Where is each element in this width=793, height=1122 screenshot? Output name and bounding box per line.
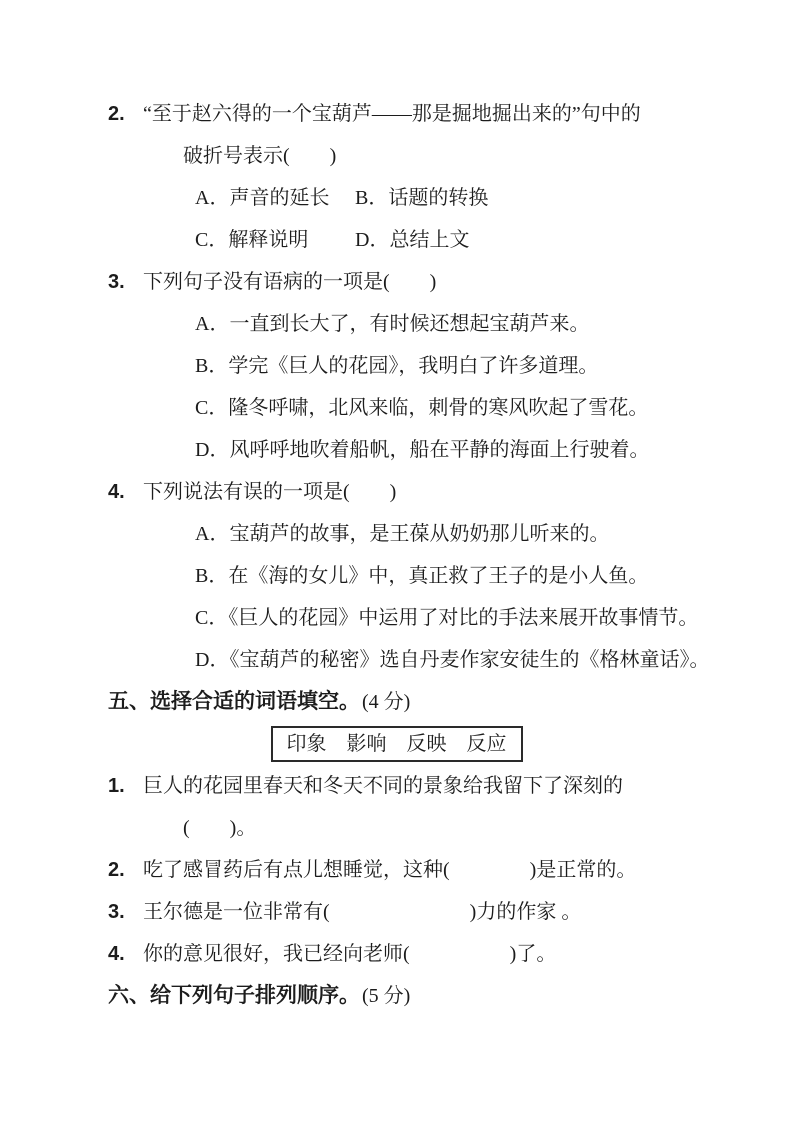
question-2-stem-line-2: 破折号表示( ) (108, 135, 748, 177)
question-4-stem: 4.下列说法有误的一项是( ) (108, 471, 748, 513)
question-4-option-c: C．《巨人的花园》中运用了对比的手法来展开故事情节。 (108, 597, 748, 639)
section-5-item-2-number: 2. (108, 849, 143, 891)
section-5-item-3-number: 3. (108, 891, 143, 933)
section-5-heading-score: (4 分) (362, 691, 410, 713)
question-3-option-a: A．一直到长大了，有时候还想起宝葫芦来。 (108, 303, 748, 345)
section-5-heading: 五、选择合适的词语填空。(4 分) (108, 681, 748, 723)
question-4-stem-text: 下列说法有误的一项是( ) (143, 481, 396, 503)
section-5-item-4-text: 你的意见很好，我已经向老师( )了。 (143, 943, 556, 965)
section-5-heading-title: 选择合适的词语填空。 (150, 690, 360, 713)
question-4-option-d: D．《宝葫芦的秘密》选自丹麦作家安徒生的《格林童话》。 (108, 639, 748, 681)
question-3-stem: 3.下列句子没有语病的一项是( ) (108, 261, 748, 303)
question-2-stem-line-1: 2.“至于赵六得的一个宝葫芦——那是掘地掘出来的”句中的 (108, 93, 748, 135)
question-3-option-d: D．风呼呼地吹着船帆，船在平静的海面上行驶着。 (108, 429, 748, 471)
exam-content: 2.“至于赵六得的一个宝葫芦——那是掘地掘出来的”句中的 破折号表示( ) A．… (108, 93, 748, 1017)
section-6-heading-score: (5 分) (362, 985, 410, 1007)
word-bank-word-4: 反应 (467, 728, 507, 760)
word-bank-row: 印象影响反映反应 (0, 723, 793, 765)
question-3-option-c: C．隆冬呼啸，北风来临，刺骨的寒风吹起了雪花。 (108, 387, 748, 429)
section-5-item-1-number: 1. (108, 765, 143, 807)
section-6-heading-title: 给下列句子排列顺序。 (150, 984, 360, 1007)
word-bank-word-2: 影响 (347, 728, 387, 760)
question-2-option-b: B．话题的转换 (355, 187, 488, 209)
section-5-heading-number: 五、 (108, 690, 150, 713)
question-2-number: 2. (108, 93, 143, 135)
section-5-item-1-line-2: ( )。 (108, 807, 748, 849)
question-4-option-a: A．宝葫芦的故事，是王葆从奶奶那儿听来的。 (108, 513, 748, 555)
question-2-options-row-1: A．声音的延长B．话题的转换 (108, 177, 748, 219)
section-5-item-1-line-1: 1.巨人的花园里春天和冬天不同的景象给我留下了深刻的 (108, 765, 748, 807)
question-4-option-b: B．在《海的女儿》中，真正救了王子的是小人鱼。 (108, 555, 748, 597)
question-2-options-row-2: C．解释说明D．总结上文 (108, 219, 748, 261)
question-4-number: 4. (108, 471, 143, 513)
question-3-stem-text: 下列句子没有语病的一项是( ) (143, 271, 436, 293)
word-bank-word-1: 印象 (287, 728, 327, 760)
section-5-item-1-text: 巨人的花园里春天和冬天不同的景象给我留下了深刻的 (143, 775, 623, 797)
question-2-option-a: A．声音的延长 (195, 177, 355, 219)
question-2-option-d: D．总结上文 (355, 229, 469, 251)
question-3-number: 3. (108, 261, 143, 303)
question-2-stem-text: “至于赵六得的一个宝葫芦——那是掘地掘出来的”句中的 (143, 103, 641, 125)
question-2-option-c: C．解释说明 (195, 219, 355, 261)
section-6-heading: 六、给下列句子排列顺序。(5 分) (108, 975, 748, 1017)
section-5-item-4-number: 4. (108, 933, 143, 975)
section-5-item-4: 4.你的意见很好，我已经向老师( )了。 (108, 933, 748, 975)
section-5-item-2: 2.吃了感冒药后有点儿想睡觉，这种( )是正常的。 (108, 849, 748, 891)
section-5-item-3: 3.王尔德是一位非常有( )力的作家 。 (108, 891, 748, 933)
section-5-item-2-text: 吃了感冒药后有点儿想睡觉，这种( )是正常的。 (143, 859, 636, 881)
question-3-option-b: B．学完《巨人的花园》，我明白了许多道理。 (108, 345, 748, 387)
section-6-heading-number: 六、 (108, 984, 150, 1007)
word-bank-word-3: 反映 (407, 728, 447, 760)
word-bank-box: 印象影响反映反应 (271, 726, 523, 762)
exam-page: 2.“至于赵六得的一个宝葫芦——那是掘地掘出来的”句中的 破折号表示( ) A．… (0, 0, 793, 1122)
section-5-item-3-text: 王尔德是一位非常有( )力的作家 。 (143, 901, 581, 923)
